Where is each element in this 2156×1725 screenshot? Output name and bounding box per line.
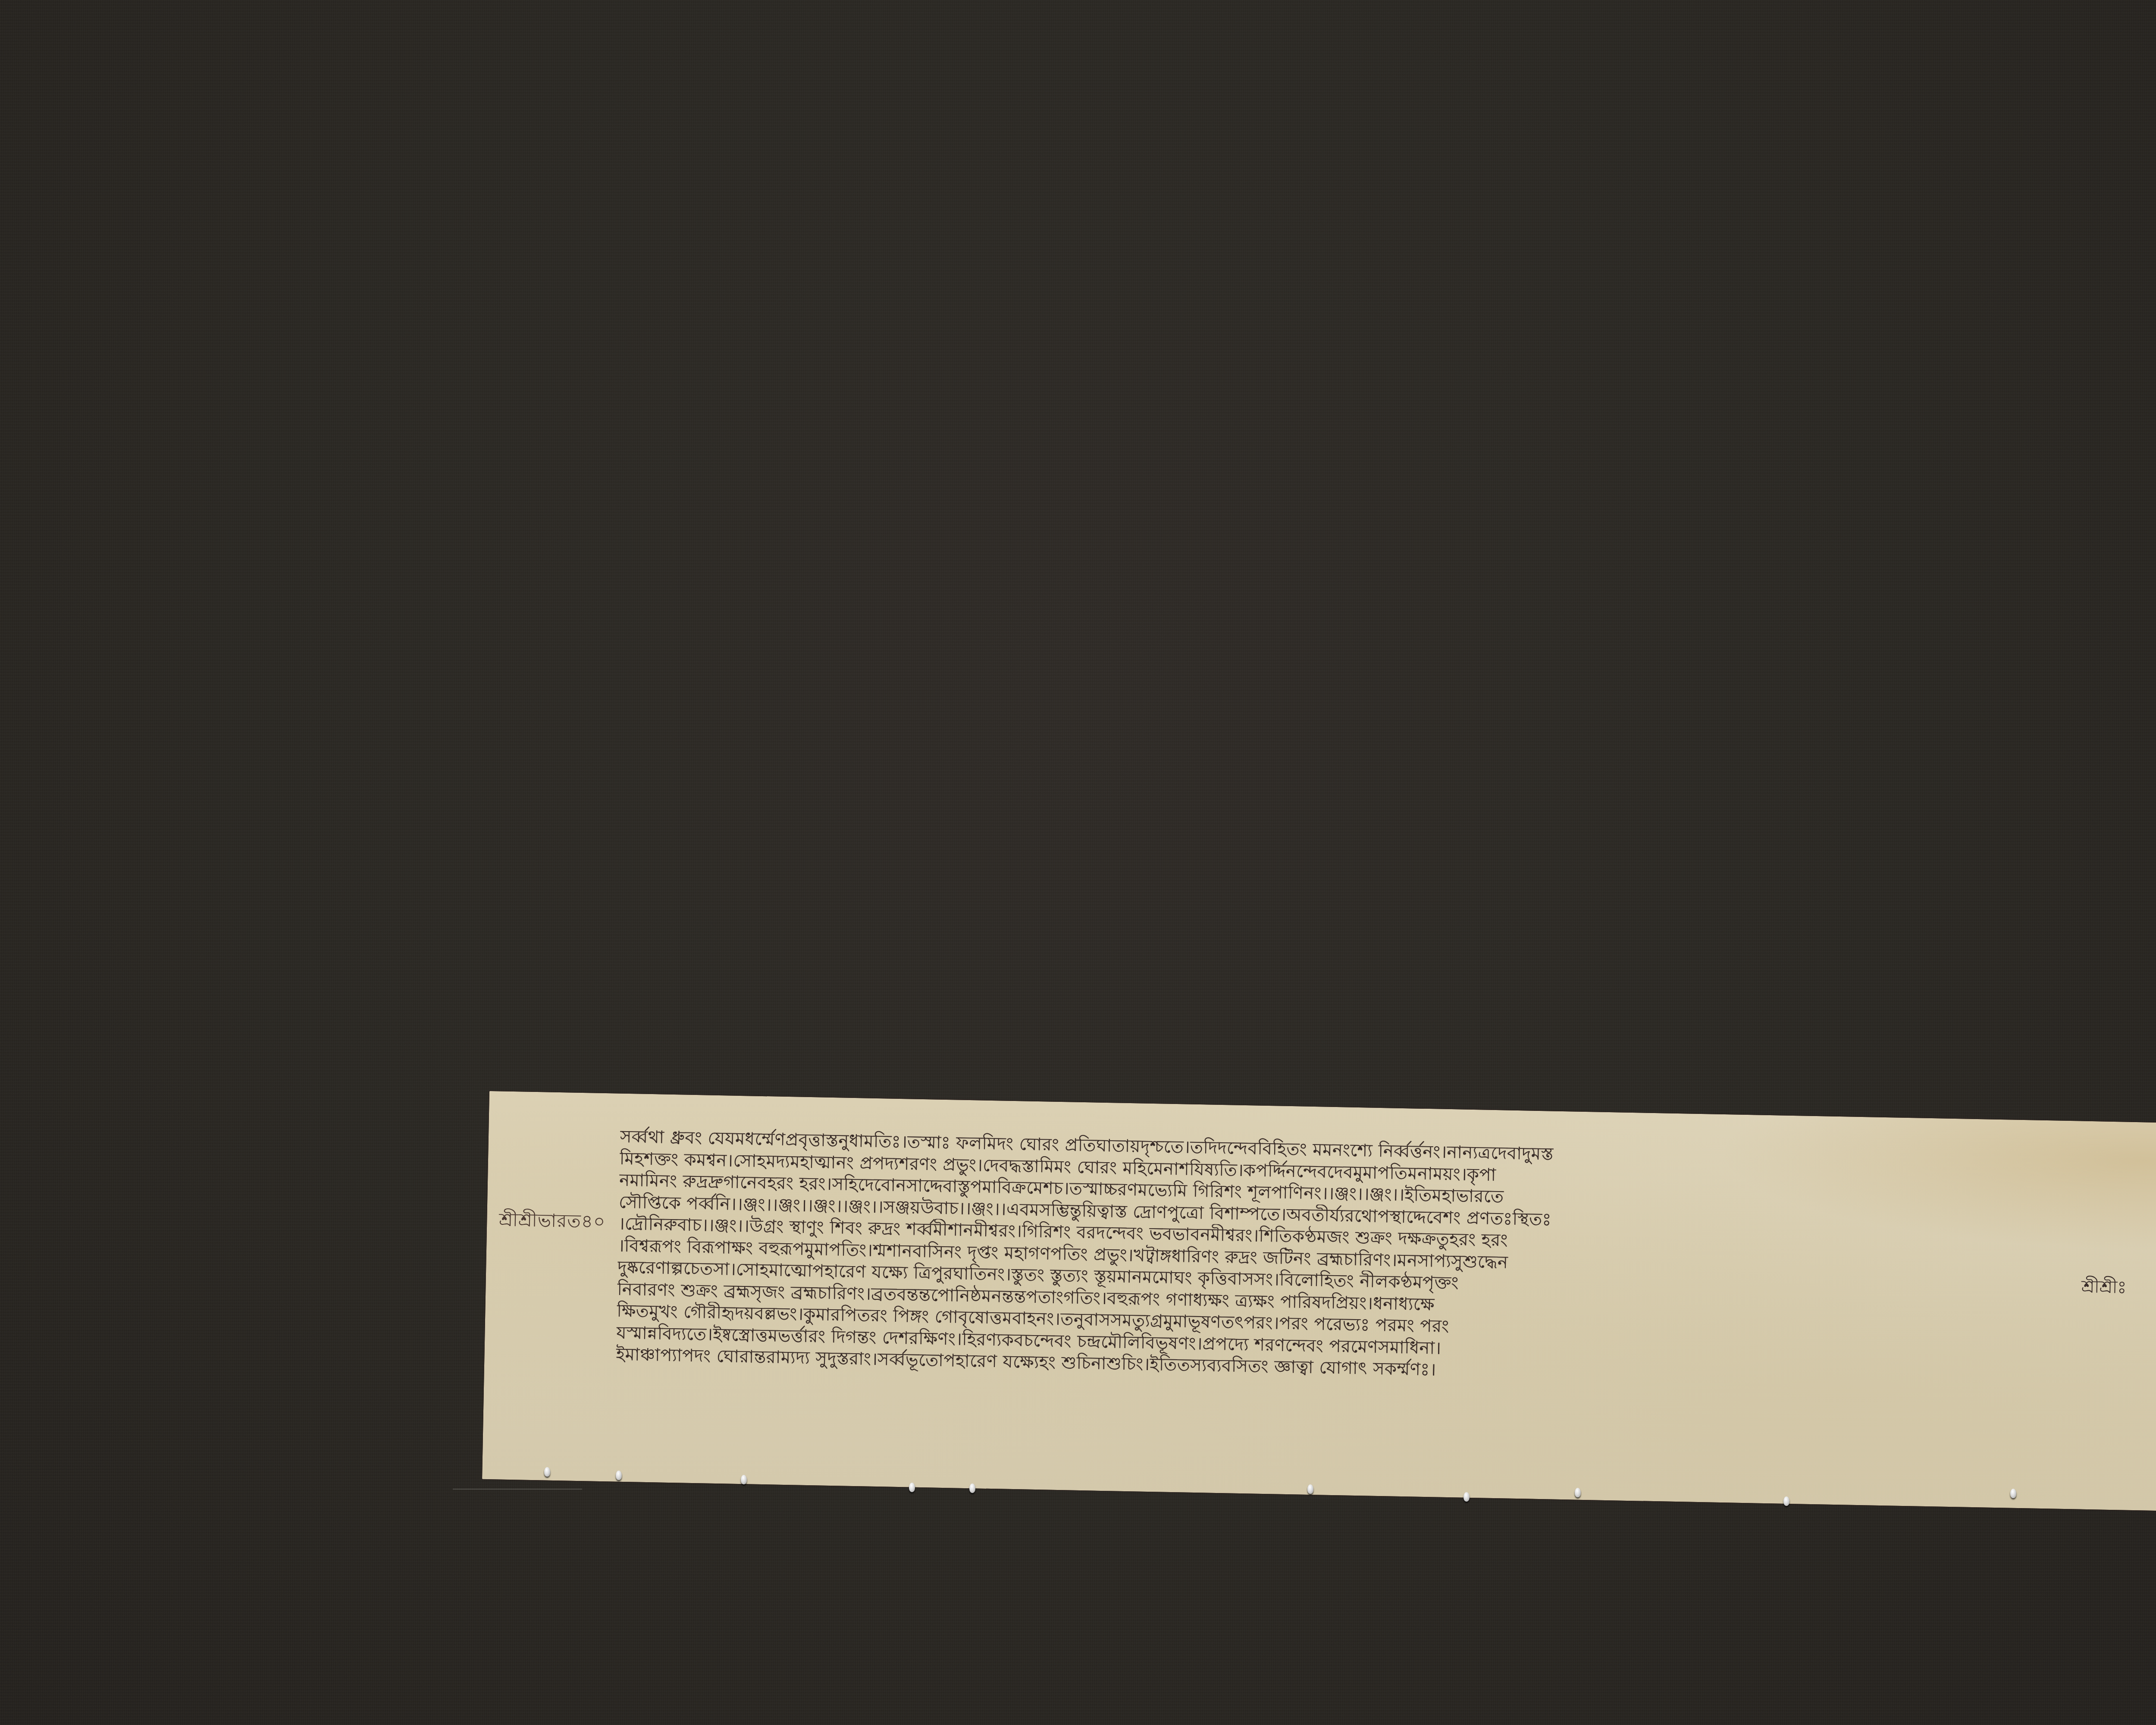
mounting-pin: [1463, 1492, 1470, 1502]
mounting-pin: [544, 1467, 550, 1477]
mounting-pin: [1575, 1488, 1581, 1497]
mounting-pin: [969, 1483, 975, 1493]
mounting-pin: [741, 1475, 747, 1484]
mounting-pin: [1783, 1496, 1789, 1506]
manuscript-folio: শ্রীশ্রীভারত৪০ শ্রীশ্রীঃ সর্ব্বথা ধ্রুবং…: [482, 1091, 2156, 1511]
manuscript-text-block: সর্ব্বথা ধ্রুবং যেযমধর্ম্মেণপ্রবৃত্তাস্ত…: [616, 1126, 2155, 1395]
mounting-pin: [1307, 1484, 1313, 1494]
mounting-pin: [616, 1471, 622, 1480]
left-margin-folio-label: শ্রীশ্রীভারত৪০: [499, 1205, 606, 1238]
mounting-pin: [909, 1483, 915, 1492]
mounting-pin: [2010, 1489, 2016, 1498]
mounting-thread: [453, 1489, 582, 1490]
